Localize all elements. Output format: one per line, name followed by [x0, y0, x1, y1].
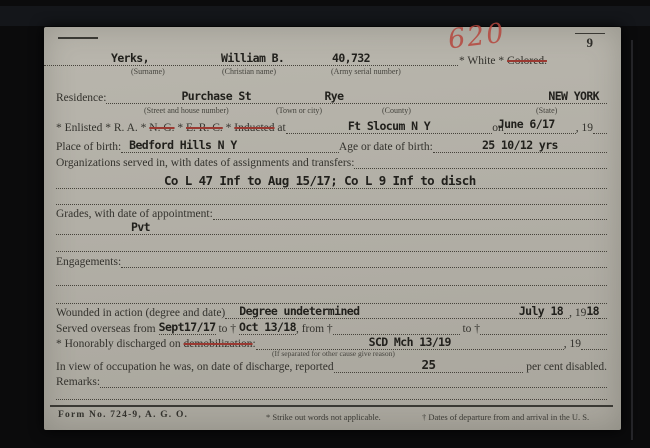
- enlisted-star2: *: [223, 122, 235, 134]
- discharge-demobilization: demobilization: [184, 338, 253, 350]
- organizations-entry-rule: Co L 47 Inf to Aug 15/17; Co L 9 Inf to …: [56, 172, 607, 189]
- corner-dash-mark: [58, 37, 98, 39]
- birth-label: Place of birth:: [56, 141, 121, 153]
- enlisted-date-value: June 6/17: [498, 117, 555, 131]
- serial-number-value: 40,732: [332, 51, 370, 65]
- blank-rule: [56, 383, 607, 400]
- residence-rule: Purchase St Rye NEW YORK: [106, 87, 607, 104]
- discharge-line: * Honorably discharged on demobilization…: [56, 334, 607, 350]
- grades-entry-value: Pvt: [131, 220, 150, 234]
- page-number: 9: [575, 33, 606, 51]
- service-record-card: 9 620 Yerks, William B. 40,732 * White *…: [44, 27, 621, 430]
- engagements-line: Engagements:: [56, 252, 607, 268]
- red-handwritten-annotation: 620: [446, 18, 507, 56]
- residence-state-value: NEW YORK: [548, 89, 599, 103]
- grades-entry-rule: Pvt: [56, 218, 607, 235]
- enlisted-prefix: * Enlisted * R. A. *: [56, 122, 149, 134]
- blank-line-2: [56, 236, 607, 252]
- discharge-prefix: * Honorably discharged on: [56, 338, 184, 350]
- birth-line: Place of birth: Bedford Hills N Y Age or…: [56, 137, 607, 153]
- town-label: (Town or city): [276, 106, 322, 115]
- photo-edge-line: [631, 40, 633, 440]
- street-label: (Street and house number): [144, 106, 229, 115]
- birth-age-value: 25 10/12 yrs: [433, 138, 607, 152]
- organizations-label: Organizations served in, with dates of a…: [56, 157, 354, 169]
- surname-label: (Surname): [131, 67, 165, 76]
- residence-line: Residence: Purchase St Rye NEW YORK: [56, 88, 607, 104]
- christian-name-label: (Christian name): [222, 67, 276, 76]
- wounded-degree-value: Degree undetermined: [239, 304, 359, 318]
- birth-place-value: Bedford Hills N Y: [129, 138, 237, 152]
- grades-entry-line: Pvt: [56, 219, 607, 235]
- organizations-entry-line: Co L 47 Inf to Aug 15/17; Co L 9 Inf to …: [56, 173, 607, 189]
- enlisted-year-rule: [593, 117, 607, 134]
- organizations-label-line: Organizations served in, with dates of a…: [56, 153, 607, 169]
- photo-background-strip: [0, 6, 650, 26]
- residence-street-value: Purchase St: [181, 89, 251, 103]
- discharge-entry-rule: SCD Mch 13/19: [256, 333, 564, 350]
- footnote-dates: † Dates of departure from and arrival in…: [422, 412, 589, 422]
- discharge-entry-value: SCD Mch 13/19: [256, 335, 564, 349]
- wounded-date-value: July 18: [519, 304, 563, 318]
- blank-rule: [56, 269, 607, 286]
- enlisted-year-suffix: , 19: [576, 122, 593, 134]
- race-colored-label: Colored.: [507, 55, 547, 67]
- county-label: (County): [382, 106, 411, 115]
- name-field-labels: (Surname) (Christian name) (Army serial …: [44, 67, 621, 79]
- footer-rule: [50, 405, 613, 407]
- wounded-year-value: 18: [586, 304, 599, 319]
- wounded-trailing-rule: [599, 302, 607, 319]
- form-number: Form No. 724-9, A. G. O.: [58, 410, 188, 420]
- christian-name-value: William B.: [221, 51, 284, 65]
- enlisted-ng: N. G.: [149, 122, 174, 134]
- enlisted-place-value: Ft Slocum N Y: [286, 119, 493, 133]
- enlisted-date-rule: June 6/17: [504, 117, 576, 134]
- card-footer: Form No. 724-9, A. G. O. * Strike out wo…: [44, 410, 621, 426]
- blank-line-5: [56, 384, 607, 400]
- enlisted-line: * Enlisted * R. A. * N. G. * E. R. C. * …: [56, 118, 607, 134]
- enlisted-at: at: [275, 122, 286, 134]
- serial-number-label: (Army serial number): [331, 67, 401, 76]
- organizations-entry-value: Co L 47 Inf to Aug 15/17; Co L 9 Inf to …: [164, 173, 476, 188]
- disability-value: 25: [334, 357, 524, 372]
- blank-rule: [56, 235, 607, 252]
- footnote-strike-out: * Strike out words not applicable.: [266, 412, 381, 422]
- residence-label: Residence:: [56, 92, 106, 104]
- residence-town-value: Rye: [324, 89, 343, 103]
- birth-place-rule: Bedford Hills N Y: [121, 136, 339, 153]
- enlisted-erc: E. R. C.: [186, 122, 223, 134]
- enlisted-inducted: Inducted: [234, 122, 274, 134]
- engagements-rule: [121, 251, 607, 268]
- enlisted-star1: *: [175, 122, 187, 134]
- birth-age-rule: 25 10/12 yrs: [433, 136, 607, 153]
- state-label: (State): [536, 106, 557, 115]
- wounded-line: Wounded in action (degree and date) Degr…: [56, 303, 607, 319]
- discharge-year-rule: [581, 333, 607, 350]
- overseas-from1-value: Sept17/17: [159, 320, 216, 335]
- wounded-label: Wounded in action (degree and date): [56, 307, 225, 319]
- engagements-label: Engagements:: [56, 256, 121, 268]
- discharge-year-suffix: , 19: [564, 338, 581, 350]
- enlisted-place-rule: Ft Slocum N Y: [286, 117, 493, 134]
- race-white-label: * White *: [459, 55, 507, 67]
- blank-line-3: [56, 270, 607, 286]
- organizations-rule: [354, 152, 607, 169]
- surname-value: Yerks,: [111, 51, 149, 65]
- wounded-rule: Degree undetermined July 18: [225, 302, 569, 319]
- name-line-rule: Yerks, William B. 40,732: [44, 51, 458, 66]
